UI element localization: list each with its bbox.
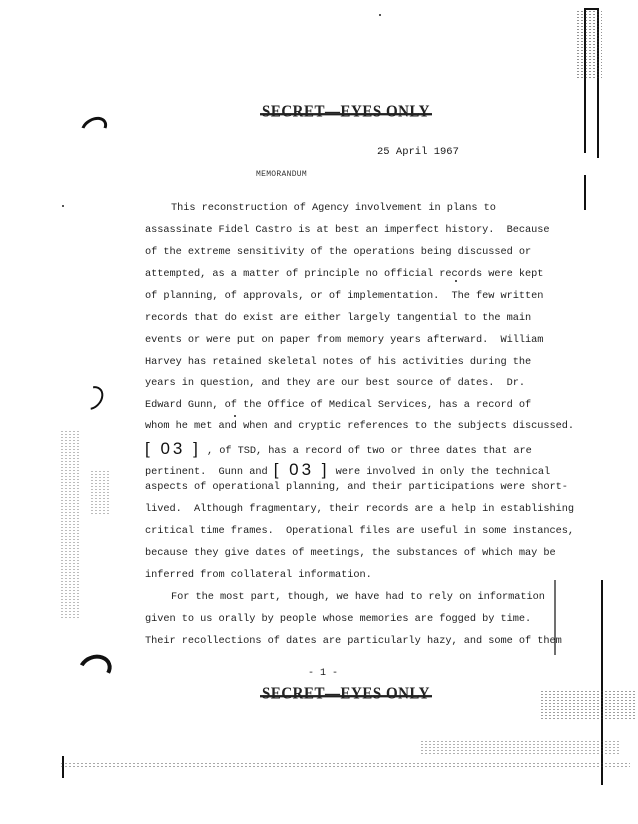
strikethrough-line [260, 113, 432, 115]
scan-speck [234, 415, 236, 417]
body-line-redacted: [ 03 ] , of TSD, has a record of two or … [145, 438, 532, 458]
classification-text: SECRET—EYES ONLY [262, 103, 430, 121]
redaction-marker: [ 03 ] [145, 439, 201, 458]
body-text: , of TSD, has a record of two or three d… [201, 445, 532, 457]
classification-stamp-top: SECRET—EYES ONLY [262, 103, 430, 123]
punch-hole-mark-top [77, 112, 111, 143]
scanned-memo-page: SECRET—EYES ONLY 25 April 1967 MEMORANDU… [0, 0, 638, 824]
scan-noise [420, 740, 620, 754]
scan-speck [62, 205, 64, 207]
scan-speck [379, 14, 381, 16]
scan-noise [60, 430, 80, 620]
body-line: of planning, of approvals, or of impleme… [145, 290, 543, 302]
body-line: This reconstruction of Agency involvemen… [171, 202, 496, 214]
scan-noise [576, 10, 602, 80]
body-line: because they give dates of meetings, the… [145, 547, 556, 559]
classification-stamp-bottom: SECRET—EYES ONLY [262, 685, 430, 705]
body-line: whom he met and when and cryptic referen… [145, 420, 574, 432]
body-line: lived. Although fragmentary, their recor… [145, 503, 574, 515]
body-text: were involved in only the technical [330, 466, 551, 478]
body-line: of the extreme sensitivity of the operat… [145, 246, 531, 258]
body-line: critical time frames. Operational files … [145, 525, 574, 537]
body-line: For the most part, though, we have had t… [171, 591, 545, 603]
strikethrough-line [260, 695, 432, 697]
body-line: events or were put on paper from memory … [145, 334, 543, 346]
memo-heading: MEMORANDUM [256, 170, 307, 179]
body-line: Their recollections of dates are particu… [145, 635, 562, 647]
body-line-redacted: pertinent. Gunn and [ 03 ] were involved… [145, 459, 550, 479]
body-line: given to us orally by people whose memor… [145, 613, 531, 625]
scan-noise [60, 762, 630, 768]
scan-noise [90, 470, 110, 515]
body-line: aspects of operational planning, and the… [145, 481, 568, 493]
body-line: records that do exist are either largely… [145, 312, 531, 324]
body-line: years in question, and they are our best… [145, 377, 525, 389]
redaction-marker: [ 03 ] [274, 460, 330, 479]
scan-noise [540, 690, 635, 720]
scan-edge-line [601, 580, 603, 785]
page-number: - 1 - [308, 668, 338, 679]
body-line: assassinate Fidel Castro is at best an i… [145, 224, 550, 236]
body-line: Edward Gunn, of the Office of Medical Se… [145, 399, 531, 411]
body-line: Harvey has retained skeletal notes of hi… [145, 356, 531, 368]
scan-edge-line [584, 175, 586, 210]
body-line: attempted, as a matter of principle no o… [145, 268, 543, 280]
body-text: pertinent. Gunn and [145, 466, 274, 478]
scan-edge-line [554, 580, 556, 655]
memo-date: 25 April 1967 [377, 146, 459, 158]
body-line: inferred from collateral information. [145, 569, 372, 581]
punch-hole-mark-middle [76, 382, 108, 415]
scan-speck [455, 280, 457, 282]
punch-hole-mark-bottom [74, 650, 116, 688]
classification-text: SECRET—EYES ONLY [262, 685, 430, 703]
